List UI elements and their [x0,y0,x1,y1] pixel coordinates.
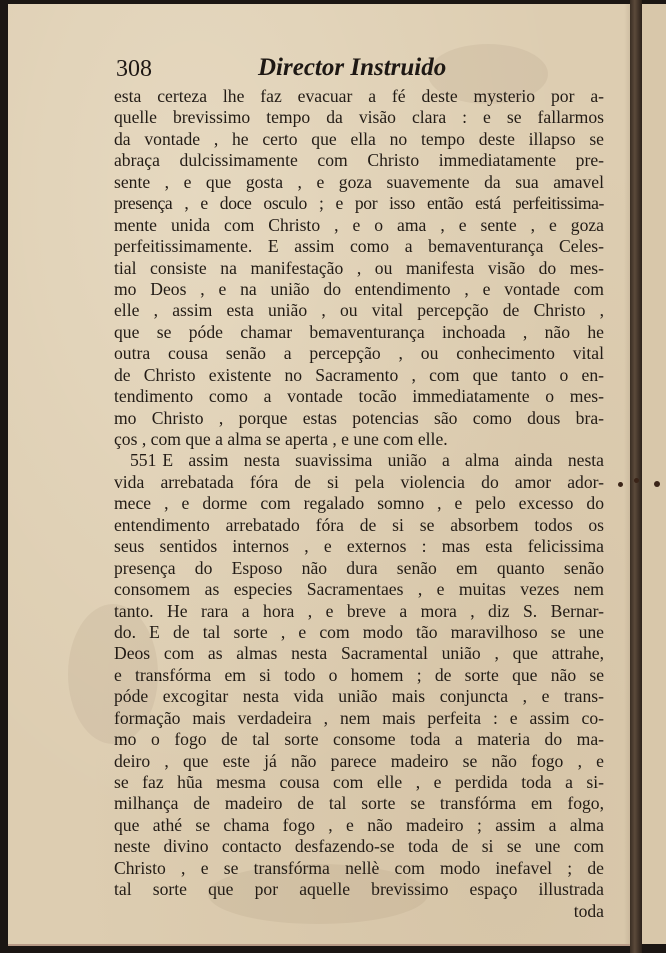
text-line: que se póde chamar bemaventurança inchoa… [114,322,604,343]
text-line: do. E de tal sorte , e com modo tão mara… [114,622,604,643]
next-page-edge [642,4,666,944]
text-line: tal sorte que por aquelle brevissimo esp… [114,879,604,900]
text-line: mo Deos , e na união do entendimento , e… [114,279,604,300]
running-head: 308 Director Instruido [110,50,610,86]
text-line: e transfórma em si todo o homem ; de sor… [114,665,604,686]
text-line: perfeitissimamente. E assim como a bemav… [114,236,604,257]
text-line: sente , e que gosta , e goza suavemente … [114,172,604,193]
text-line: esta certeza lhe faz evacuar a fé deste … [114,86,604,107]
text-line: formação mais verdadeira , nem mais perf… [114,708,604,729]
ink-speck [634,478,639,483]
text-line: mo o fogo de tal sorte consome toda a ma… [114,729,604,750]
catchword: toda [114,901,604,922]
text-line: presença , e doce osculo ; e por isso en… [114,193,604,214]
text-line: E assim nesta suavissima união a alma ai… [162,450,604,470]
text-line: outra cousa senão a percepção , ou conhe… [114,343,604,364]
text-line: mo Christo , porque estas potencias são … [114,408,604,429]
text-line: Christo , e se transfórma nellè com modo… [114,858,604,879]
text-line: seus sentidos internos , e externos : ma… [114,536,604,557]
text-line: ços , com que a alma se aperta , e une c… [114,429,604,450]
body-text: esta certeza lhe faz evacuar a fé deste … [114,86,604,922]
text-line: tial consiste na manifestação , ou manif… [114,258,604,279]
text-line: de Christo existente no Sacramento , com… [114,365,604,386]
text-line: deiro , que este já não parece madeiro s… [114,751,604,772]
book-gutter [630,0,642,953]
text-line: abraça dulcissimamente com Christo immed… [114,150,604,171]
text-line: vida arrebatada fóra de si pela violenci… [114,472,604,493]
text-line: neste divino contacto desfazendo-se toda… [114,836,604,857]
text-line: se faz hũa mesma cousa com elle , e perd… [114,772,604,793]
ink-speck [618,482,623,487]
text-line: póde excogitar nesta vida união mais con… [114,686,604,707]
text-line: tendimento como a vontade tocão immediat… [114,386,604,407]
paragraph-start-line: 551E assim nesta suavissima união a alma… [114,450,604,471]
scanned-spread: 308 Director Instruido esta certeza lhe … [0,0,666,953]
text-line: entendimento arrebatado fóra de si se ab… [114,515,604,536]
text-line: tanto. He rara a hora , e breve a mora ,… [114,601,604,622]
running-title: Director Instruido [258,54,446,82]
text-line: milhança de madeiro de tal sorte se tran… [114,793,604,814]
paragraph-number: 551 [130,450,156,470]
text-line: elle , assim esta união , ou vital perce… [114,300,604,321]
text-line: Deos com as almas nesta Sacramental uniã… [114,643,604,664]
page-number: 308 [116,56,152,83]
text-line: da vontade , he certo que ella no tempo … [114,129,604,150]
ink-speck [654,481,660,487]
text-line: que athé se chama fogo , e não madeiro ;… [114,815,604,836]
text-line: mece , e dorme com regalado somno , e pe… [114,493,604,514]
text-line: presença do Esposo não dura senão em qua… [114,558,604,579]
text-line: consomem as especies Sacramentaes , e mu… [114,579,604,600]
text-line: quelle brevissimo tempo da visão clara :… [114,107,604,128]
text-line: mente unida com Christo , e o ama , e se… [114,215,604,236]
